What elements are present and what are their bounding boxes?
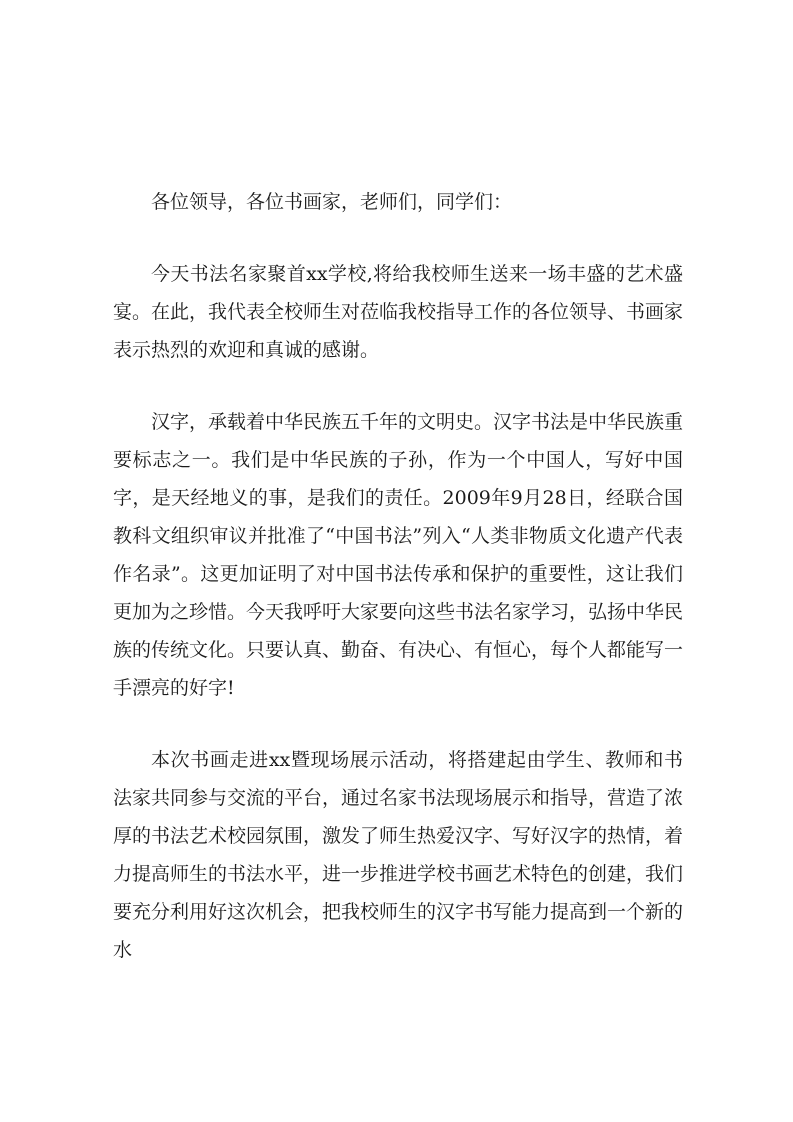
paragraph-welcome: 今天书法名家聚首xx学校,将给我校师生送来一场丰盛的艺术盛宴。在此，我代表全校师…	[113, 255, 683, 369]
paragraph-gap	[113, 707, 683, 741]
paragraph-chinese-characters: 汉字，承载着中华民族五千年的文明史。汉字书法是中华民族重要标志之一。我们是中华民…	[113, 403, 683, 707]
document-page: 各位领导，各位书画家，老师们，同学们： 今天书法名家聚首xx学校,将给我校师生送…	[0, 0, 793, 1122]
document-body: 各位领导，各位书画家，老师们，同学们： 今天书法名家聚首xx学校,将给我校师生送…	[113, 183, 683, 969]
paragraph-gap	[113, 221, 683, 255]
salutation: 各位领导，各位书画家，老师们，同学们：	[113, 183, 683, 221]
paragraph-event: 本次书画走进xx暨现场展示活动，将搭建起由学生、教师和书法家共同参与交流的平台，…	[113, 741, 683, 969]
paragraph-gap	[113, 369, 683, 403]
